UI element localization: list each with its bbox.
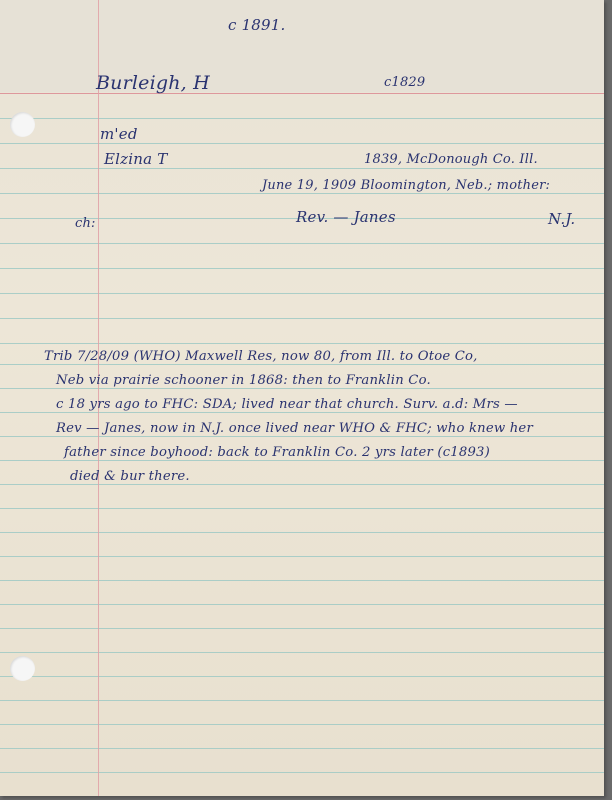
note-line: father since boyhood: back to Franklin C… xyxy=(64,445,490,460)
rule-line xyxy=(0,532,604,533)
top-margin-band xyxy=(0,0,604,92)
spouse-name: Elzina T xyxy=(104,150,167,168)
rule-line xyxy=(0,412,604,413)
rule-line xyxy=(0,748,604,749)
note-line: Rev — Janes, now in N.J. once lived near… xyxy=(56,421,533,436)
rule-line xyxy=(0,700,604,701)
rule-line xyxy=(0,460,604,461)
child-1: Rev. — Janes xyxy=(296,208,396,226)
rule-line xyxy=(0,772,604,773)
rule-line xyxy=(0,484,604,485)
note-line: died & bur there. xyxy=(70,469,190,484)
rule-line xyxy=(0,676,604,677)
punch-hole xyxy=(10,112,35,137)
rule-line xyxy=(0,168,604,169)
birth-year: c1829 xyxy=(384,75,425,90)
rule-line xyxy=(0,318,604,319)
rule-line xyxy=(0,652,604,653)
children-label: ch: xyxy=(75,216,96,231)
punch-hole xyxy=(10,656,35,681)
child-1-location: N.J. xyxy=(548,210,575,228)
surname: Burleigh, H xyxy=(96,72,210,94)
rule-line xyxy=(0,243,604,244)
rule-line xyxy=(0,436,604,437)
rule-line xyxy=(0,118,604,119)
rule-line xyxy=(0,364,604,365)
rule-line xyxy=(0,193,604,194)
spouse-birth: 1839, McDonough Co. Ill. xyxy=(364,152,538,167)
rule-line xyxy=(0,268,604,269)
rule-line xyxy=(0,604,604,605)
rule-line xyxy=(0,508,604,509)
married-label: m'ed xyxy=(100,125,138,143)
note-line: c 18 yrs ago to FHC: SDA; lived near tha… xyxy=(56,397,518,412)
rule-line xyxy=(0,556,604,557)
rule-line xyxy=(0,343,604,344)
rule-line xyxy=(0,724,604,725)
notebook-page: c 1891. Burleigh, H c1829 m'ed Elzina T … xyxy=(0,0,604,796)
note-line: Neb via prairie schooner in 1868: then t… xyxy=(56,373,431,388)
rule-line xyxy=(0,293,604,294)
date-circa: c 1891. xyxy=(228,16,286,34)
spouse-death: June 19, 1909 Bloomington, Neb.; mother: xyxy=(262,178,550,193)
rule-line xyxy=(0,143,604,144)
note-line: Trib 7/28/09 (WHO) Maxwell Res, now 80, … xyxy=(44,349,478,364)
rule-line xyxy=(0,580,604,581)
rule-line xyxy=(0,388,604,389)
rule-line xyxy=(0,628,604,629)
top-red-rule xyxy=(0,93,604,94)
